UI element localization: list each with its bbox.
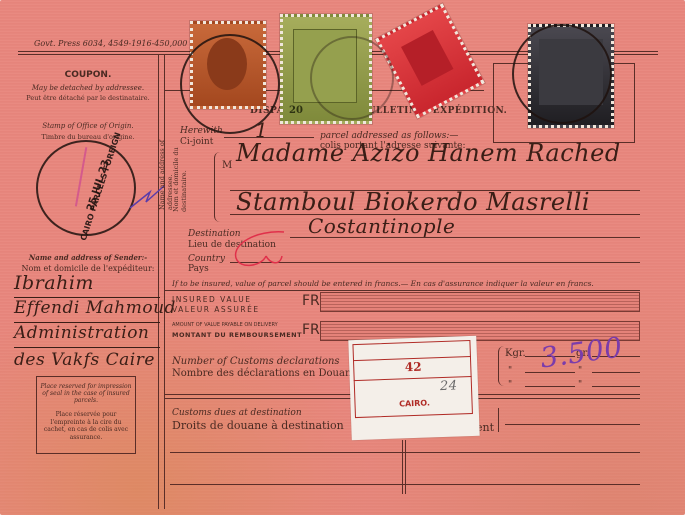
sender-line-3: Administration xyxy=(14,323,149,343)
customs-dues-fr: Droits de douane à destination xyxy=(172,419,344,432)
stamp-sphinx-value: 20 xyxy=(289,105,303,116)
cod-fr: MONTANT DU REMBOURSEMENT xyxy=(172,331,302,339)
cod-en: AMOUNT OF VALUE PAYABLE ON DELIVERY xyxy=(172,322,278,328)
addressee-brace xyxy=(214,152,221,222)
coupon-title: COUPON. xyxy=(18,70,158,80)
ditto-1: " xyxy=(508,366,512,376)
seal-box-en: Place reserved for impression of seal in… xyxy=(40,383,132,404)
destination-rule xyxy=(290,237,640,238)
sender-line-2: Effendi Mahmoud xyxy=(14,298,176,318)
insured-value-en: INSURED VALUE xyxy=(172,295,252,304)
g-line-3 xyxy=(592,386,640,387)
sender-line-1: Ibrahim xyxy=(14,272,94,294)
customs-decl-fr: Nombre des déclarations en Douane xyxy=(172,368,357,379)
postmark-stamp-1 xyxy=(180,34,280,134)
ditto-4: " xyxy=(578,380,582,390)
print-imprint: Govt. Press 6034, 4549-1916-450,000 ex. xyxy=(34,40,202,48)
customs-dues-brace xyxy=(498,408,505,432)
postmark-stamp-4 xyxy=(512,24,612,124)
red-crayon-mark xyxy=(226,226,296,276)
postmark-stamp-2 xyxy=(310,36,394,120)
stamp-colossi-figure-icon xyxy=(401,30,453,86)
kg-line-3 xyxy=(525,386,575,387)
sender-line-4: des Vakfs Caire xyxy=(14,350,155,370)
addressee-vertical-fr: Nom et domicile du destinataire. xyxy=(172,132,188,212)
stamp-colossi xyxy=(375,3,484,118)
customs-decl-en: Number of Customs declarations xyxy=(172,356,340,367)
sender-underline-3 xyxy=(14,347,160,348)
weight-unit-kg: Kgr. xyxy=(505,348,526,359)
insured-value-fr: VALEUR ASSURÉE xyxy=(172,305,260,314)
parcel-dispatch-note: Govt. Press 6034, 4549-1916-450,000 ex. … xyxy=(0,0,685,515)
coupon-subtitle-en: May be detached by addressee. xyxy=(18,84,158,92)
insurance-note: If to be insured, value of parcel should… xyxy=(172,280,594,288)
g-line-2 xyxy=(592,372,640,373)
parcel-annotation: 24 xyxy=(440,378,458,394)
insurance-rule xyxy=(164,290,640,291)
bottom-divider xyxy=(402,440,403,494)
sender-label-en: Name and address of Sender:- xyxy=(18,254,158,262)
coupon-divider-2 xyxy=(164,54,165,509)
ditto-3: " xyxy=(508,380,512,390)
bottom-divider-2 xyxy=(405,440,406,494)
parcel-number-label: 42 CAIRO. 24 xyxy=(348,336,479,440)
coupon-divider xyxy=(158,54,159,509)
herewith-line xyxy=(224,137,314,138)
addressee-line-3: Costantinople xyxy=(308,214,455,238)
seal-box-fr: Place réservée pour l'empreinte à la cir… xyxy=(40,411,132,441)
addressee-line-1: Madame Azizo Hanem Rached xyxy=(236,139,621,167)
country-en: Country xyxy=(188,254,225,264)
customs-dues-line xyxy=(505,424,640,425)
customs-dues-en: Customs dues at destination xyxy=(172,408,302,418)
coupon-subtitle-fr: Peut être détaché par le destinataire. xyxy=(18,94,158,102)
weight-brace xyxy=(498,346,505,386)
stamp-label-en: Stamp of Office of Origin. xyxy=(18,122,158,130)
addressee-line-2: Stamboul Biokerdo Masrelli xyxy=(236,188,590,216)
addressee-prefix: M xyxy=(222,160,232,171)
seal-box: Place reserved for impression of seal in… xyxy=(36,376,136,454)
country-fr: Pays xyxy=(188,264,209,274)
insured-value-field[interactable] xyxy=(320,292,640,312)
